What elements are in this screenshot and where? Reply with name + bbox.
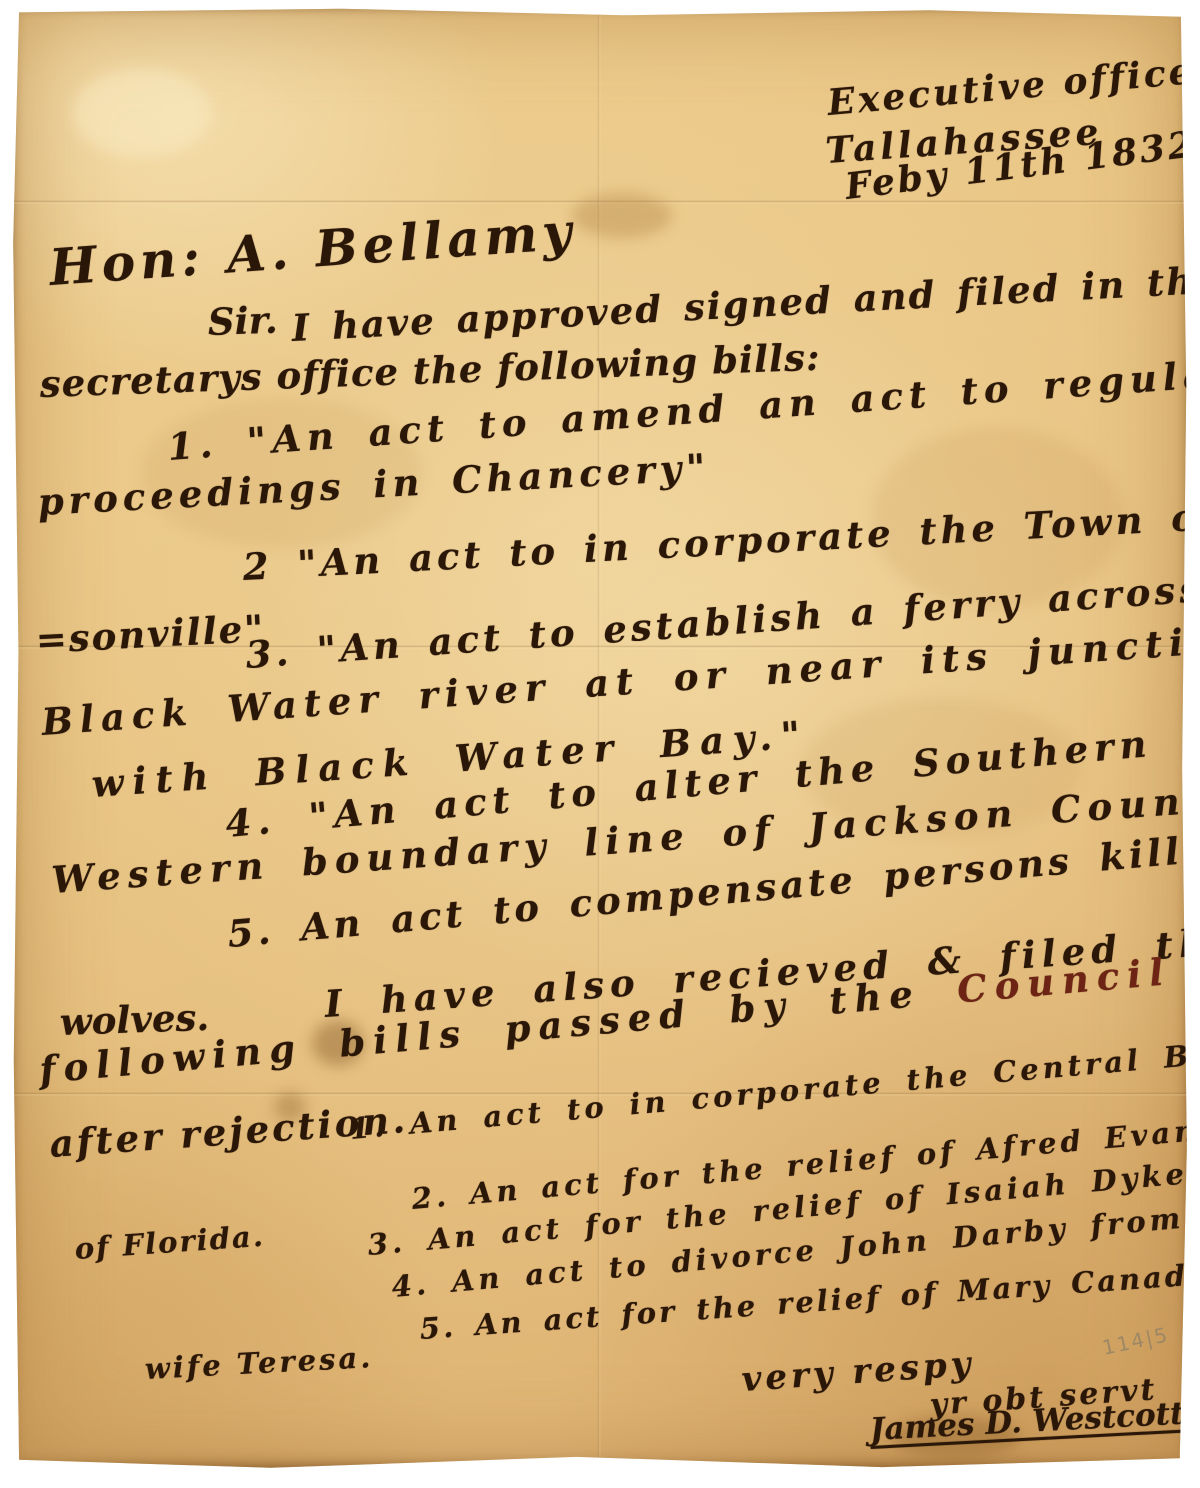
pencil-annotation: 114|5	[1100, 1322, 1171, 1360]
letter-paper: Executive office Tallahassee Feby 11th 1…	[12, 8, 1188, 1470]
council-bill-4b: wife Teresa.	[144, 1340, 374, 1386]
salutation-line: Sir.	[207, 298, 278, 344]
light-patch	[72, 68, 212, 158]
council-bill-1b: of Florida.	[74, 1219, 266, 1266]
recipient-line: Hon: A. Bellamy	[48, 201, 579, 297]
stain	[572, 193, 672, 238]
header-office-line: Executive office	[826, 50, 1196, 124]
opening-line-1: I have approved signed and filed in the	[291, 257, 1200, 350]
approved-bill-2b: =sonville"	[35, 606, 267, 662]
